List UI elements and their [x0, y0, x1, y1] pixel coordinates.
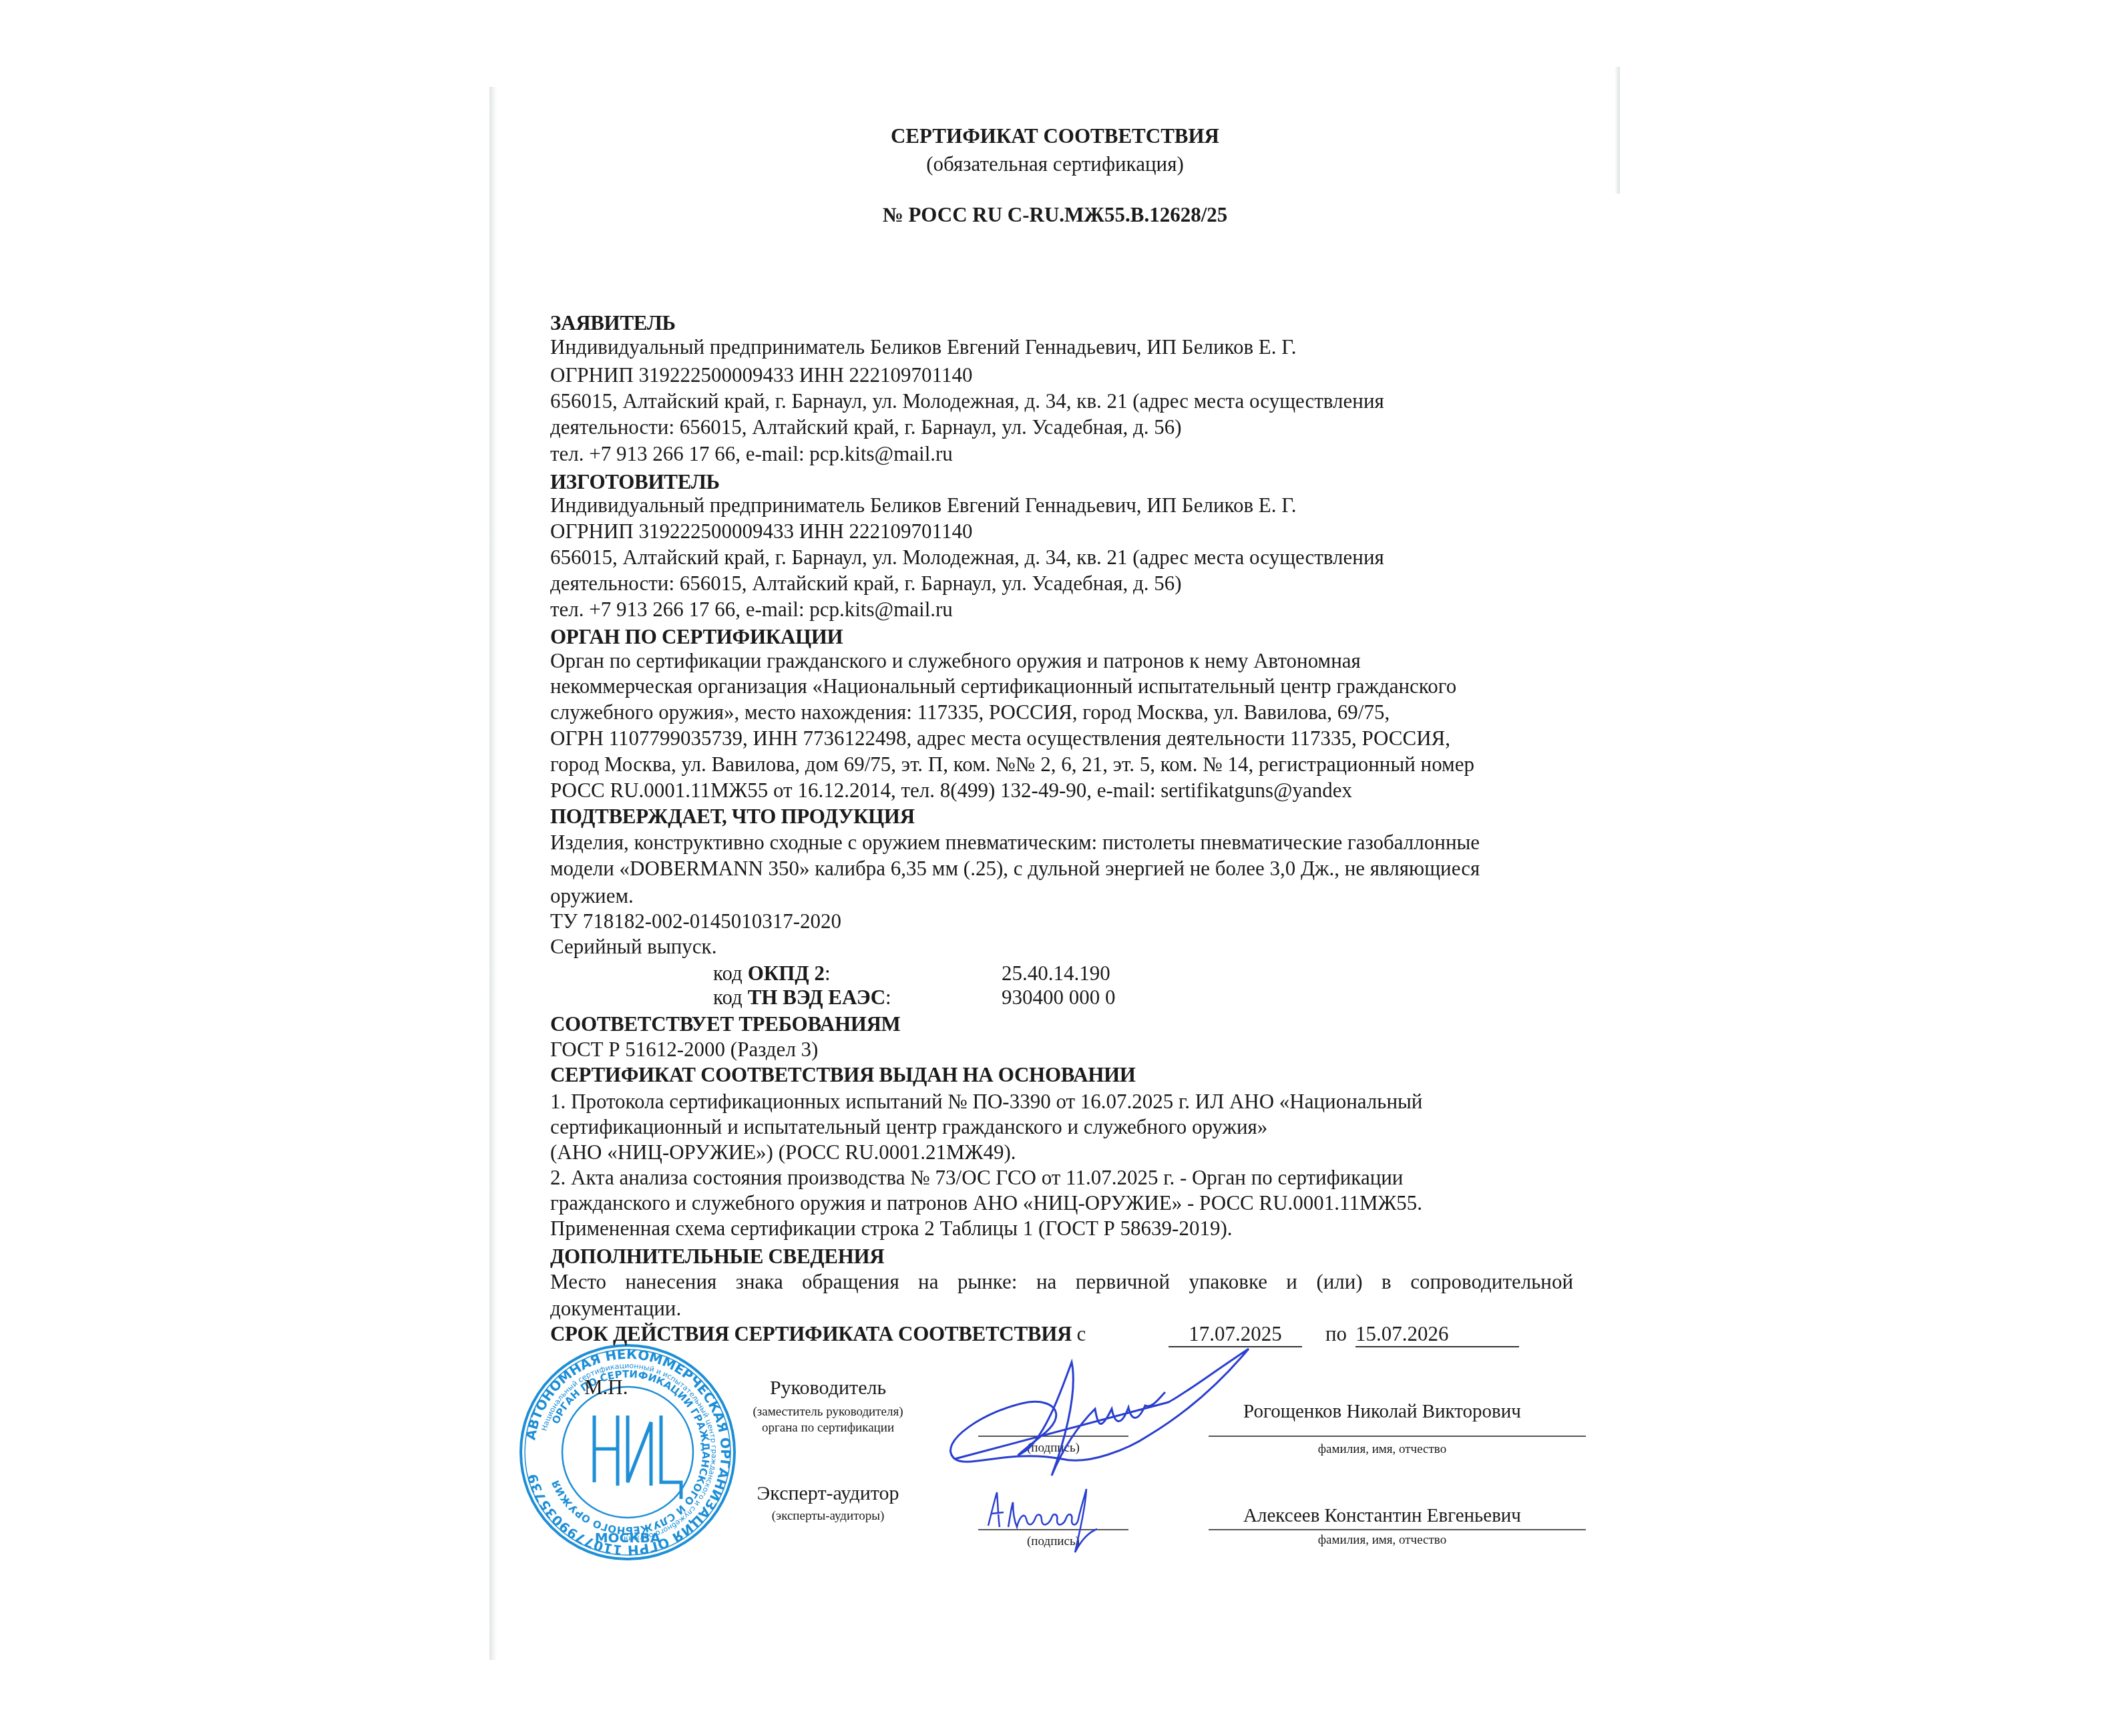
expert-signature-icon — [978, 1479, 1145, 1559]
head-role-note: (заместитель руководителя) — [734, 1405, 921, 1420]
tnved-code-value: 930400 000 0 — [1002, 986, 1116, 1010]
basis-line: Примененная схема сертификации строка 2 … — [550, 1217, 1233, 1241]
requirements-line: ГОСТ Р 51612-2000 (Раздел 3) — [550, 1038, 818, 1062]
applicant-line: Индивидуальный предприниматель Беликов Е… — [550, 335, 1296, 359]
manufacturer-line: Индивидуальный предприниматель Беликов Е… — [550, 493, 1296, 517]
page-left-edge — [489, 87, 497, 1660]
applicant-heading: ЗАЯВИТЕЛЬ — [550, 311, 676, 335]
certification-body-line: РОСС RU.0001.11МЖ55 от 16.12.2014, тел. … — [550, 779, 1352, 803]
expert-name-line — [1209, 1529, 1586, 1530]
document-subtitle: (обязательная сертификация) — [0, 152, 2110, 176]
requirements-heading: СООТВЕТСТВУЕТ ТРЕБОВАНИЯМ — [550, 1012, 901, 1036]
additional-line: документации. — [550, 1297, 681, 1321]
product-line: оружием. — [550, 884, 634, 908]
expert-name: Алексеев Константин Евгеньевич — [1209, 1505, 1556, 1527]
product-line: модели «DOBERMANN 350» калибра 6,35 мм (… — [550, 857, 1480, 881]
expert-name-caption: фамилия, имя, отчество — [1209, 1533, 1556, 1548]
validity-to-label: по — [1325, 1322, 1347, 1346]
manufacturer-line: ОГРНИП 319222500009433 ИНН 222109701140 — [550, 519, 972, 544]
applicant-line: тел. +7 913 266 17 66, e-mail: pcp.kits@… — [550, 442, 953, 466]
head-role: Руководитель — [734, 1377, 921, 1399]
manufacturer-line: тел. +7 913 266 17 66, e-mail: pcp.kits@… — [550, 598, 953, 622]
basis-line: (АНО «НИЦ-ОРУЖИЕ») (РОСС RU.0001.21МЖ49)… — [550, 1140, 1016, 1164]
manufacturer-heading: ИЗГОТОВИТЕЛЬ — [550, 470, 720, 494]
product-serial: Серийный выпуск. — [550, 935, 716, 959]
product-tu: ТУ 718182-002-0145010317-2020 — [550, 909, 841, 933]
basis-line: сертификационный и испытательный центр г… — [550, 1115, 1267, 1139]
applicant-line: деятельности: 656015, Алтайский край, г.… — [550, 415, 1182, 439]
certification-body-line: некоммерческая организация «Национальный… — [550, 674, 1456, 698]
head-name-caption: фамилия, имя, отчество — [1209, 1442, 1556, 1457]
additional-line: Место нанесения знака обращения на рынке… — [550, 1270, 1573, 1294]
head-role-note: органа по сертификации — [734, 1421, 921, 1436]
seal-label: М.П. — [584, 1375, 628, 1399]
head-name-line — [1209, 1436, 1586, 1437]
okpd-code-value: 25.40.14.190 — [1002, 961, 1110, 986]
expert-role: Эксперт-аудитор — [734, 1482, 921, 1505]
validity-heading: СРОК ДЕЙСТВИЯ СЕРТИФИКАТА СООТВЕТСТВИЯ с — [550, 1322, 1086, 1346]
validity-to-date: 15.07.2026 — [1355, 1322, 1519, 1347]
applicant-line: 656015, Алтайский край, г. Барнаул, ул. … — [550, 389, 1384, 413]
certification-body-line: Орган по сертификации гражданского и слу… — [550, 649, 1361, 673]
head-name: Рогощенков Николай Викторович — [1209, 1401, 1556, 1423]
document-title: СЕРТИФИКАТ СООТВЕТСТВИЯ — [0, 124, 2110, 148]
applicant-line: ОГРНИП 319222500009433 ИНН 222109701140 — [550, 363, 972, 387]
product-line: Изделия, конструктивно сходные с оружием… — [550, 831, 1480, 855]
manufacturer-line: 656015, Алтайский край, г. Барнаул, ул. … — [550, 546, 1384, 570]
okpd-code-label: код ОКПД 2: — [713, 961, 831, 986]
tnved-code-label: код ТН ВЭД ЕАЭС: — [713, 986, 891, 1010]
additional-heading: ДОПОЛНИТЕЛЬНЫЕ СВЕДЕНИЯ — [550, 1245, 884, 1269]
basis-line: 2. Акта анализа состояния производства №… — [550, 1166, 1403, 1190]
basis-line: 1. Протокола сертификационных испытаний … — [550, 1090, 1422, 1114]
certification-body-line: ОГРН 1107799035739, ИНН 7736122498, адре… — [550, 726, 1450, 750]
certificate-number: № РОСС RU С-RU.МЖ55.В.12628/25 — [0, 203, 2110, 227]
certification-body-heading: ОРГАН ПО СЕРТИФИКАЦИИ — [550, 625, 843, 649]
basis-heading: СЕРТИФИКАТ СООТВЕТСТВИЯ ВЫДАН НА ОСНОВАН… — [550, 1063, 1136, 1087]
certification-body-line: служебного оружия», место нахождения: 11… — [550, 700, 1390, 724]
product-heading: ПОДТВЕРЖДАЕТ, ЧТО ПРОДУКЦИЯ — [550, 805, 915, 829]
stamp-city: МОСКВА — [595, 1530, 661, 1546]
expert-role-note: (эксперты-аудиторы) — [734, 1509, 921, 1524]
basis-line: гражданского и служебного оружия и патро… — [550, 1191, 1422, 1215]
manufacturer-line: деятельности: 656015, Алтайский край, г.… — [550, 572, 1182, 596]
certification-body-line: город Москва, ул. Вавилова, дом 69/75, э… — [550, 752, 1474, 777]
